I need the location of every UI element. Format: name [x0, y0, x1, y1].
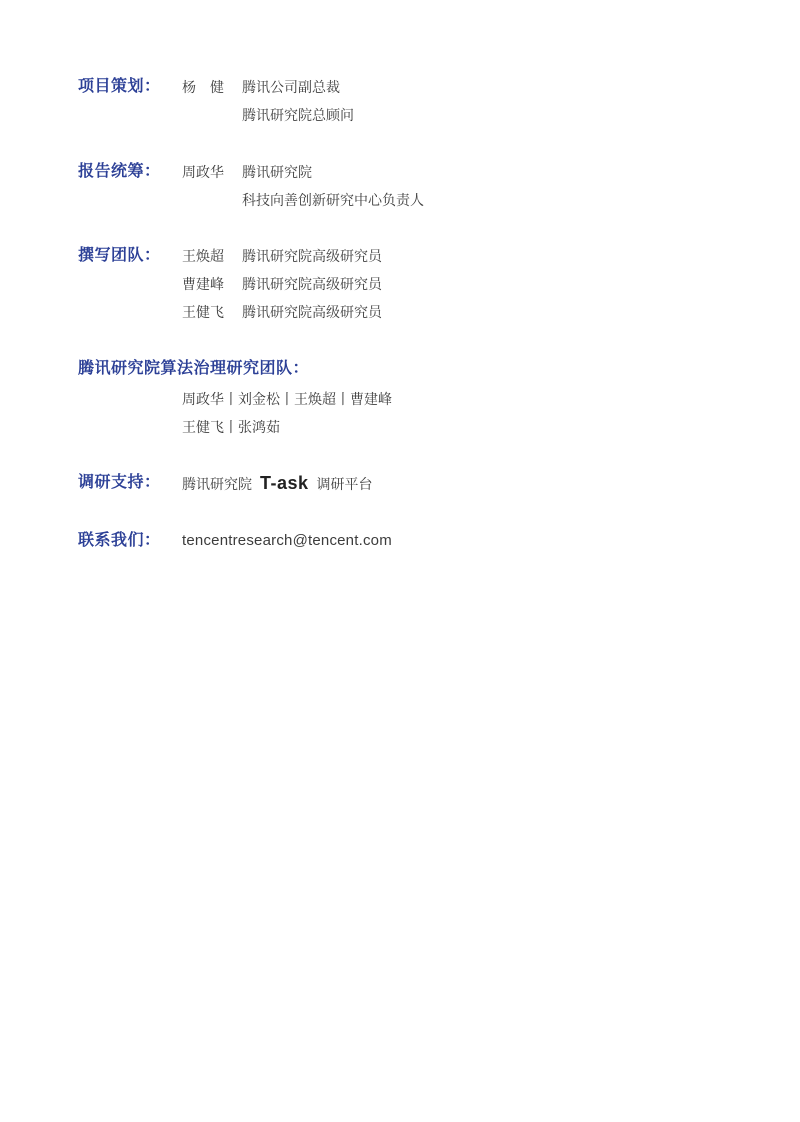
- person-role: 腾讯研究院: [242, 158, 312, 186]
- credit-row: 周政华 腾讯研究院: [182, 158, 424, 186]
- contact-label: 联系我们：: [78, 527, 182, 555]
- credit-row: 腾讯研究院总顾问: [182, 101, 354, 129]
- name-spacer: [182, 186, 242, 214]
- writing-team-label: 撰写团队：: [78, 242, 182, 270]
- project-lead-label: 项目策划：: [78, 73, 182, 101]
- person-role: 科技向善创新研究中心负责人: [242, 186, 424, 214]
- algorithm-governance-team-label: 腾讯研究院算法治理研究团队：: [78, 355, 392, 383]
- section-writing-team: 撰写团队： 王焕超 腾讯研究院高级研究员 曹建峰 腾讯研究院高级研究员 王健飞 …: [78, 242, 382, 326]
- section-report-coordinator: 报告统筹： 周政华 腾讯研究院 科技向善创新研究中心负责人: [78, 158, 424, 214]
- credit-row: 王健飞 腾讯研究院高级研究员: [182, 298, 382, 326]
- credit-row: 周政华丨刘金松丨王焕超丨曹建峰: [182, 385, 392, 413]
- credit-row: 王焕超 腾讯研究院高级研究员: [182, 242, 382, 270]
- credit-row: 腾讯研究院 T-ask 调研平台: [182, 469, 373, 498]
- person-name: 曹建峰: [182, 270, 242, 298]
- survey-support-suffix: 调研平台: [317, 470, 373, 498]
- t-ask-logo: T-ask: [260, 469, 309, 497]
- section-contact: 联系我们： tencentresearch@tencent.com: [78, 527, 392, 555]
- person-name: 王健飞: [182, 298, 242, 326]
- person-role: 腾讯公司副总裁: [242, 73, 340, 101]
- person-name: 周政华: [182, 158, 242, 186]
- person-name: 王焕超: [182, 242, 242, 270]
- report-coordinator-label: 报告统筹：: [78, 158, 182, 186]
- person-role: 腾讯研究院高级研究员: [242, 242, 382, 270]
- section-algorithm-governance-team: 腾讯研究院算法治理研究团队： 周政华丨刘金松丨王焕超丨曹建峰 王健飞丨张鸿茹: [78, 355, 392, 441]
- person-role: 腾讯研究院总顾问: [242, 101, 354, 129]
- team-members-line: 周政华丨刘金松丨王焕超丨曹建峰: [182, 385, 392, 413]
- survey-support-prefix: 腾讯研究院: [182, 470, 252, 498]
- survey-support-label: 调研支持：: [78, 469, 182, 497]
- section-project-lead: 项目策划： 杨 健 腾讯公司副总裁 腾讯研究院总顾问: [78, 73, 354, 129]
- credit-row: 曹建峰 腾讯研究院高级研究员: [182, 270, 382, 298]
- name-spacer: [182, 101, 242, 129]
- credit-row: 杨 健 腾讯公司副总裁: [182, 73, 354, 101]
- contact-email: tencentresearch@tencent.com: [182, 527, 392, 555]
- document-page: 项目策划： 杨 健 腾讯公司副总裁 腾讯研究院总顾问 报告统筹： 周政华 腾讯研…: [0, 0, 800, 1122]
- credit-row: 王健飞丨张鸿茹: [182, 413, 392, 441]
- person-role: 腾讯研究院高级研究员: [242, 270, 382, 298]
- credit-row: 科技向善创新研究中心负责人: [182, 186, 424, 214]
- person-role: 腾讯研究院高级研究员: [242, 298, 382, 326]
- credit-row: tencentresearch@tencent.com: [182, 527, 392, 555]
- person-name: 杨 健: [182, 73, 242, 101]
- team-members-line: 王健飞丨张鸿茹: [182, 413, 280, 441]
- section-survey-support: 调研支持： 腾讯研究院 T-ask 调研平台: [78, 469, 373, 498]
